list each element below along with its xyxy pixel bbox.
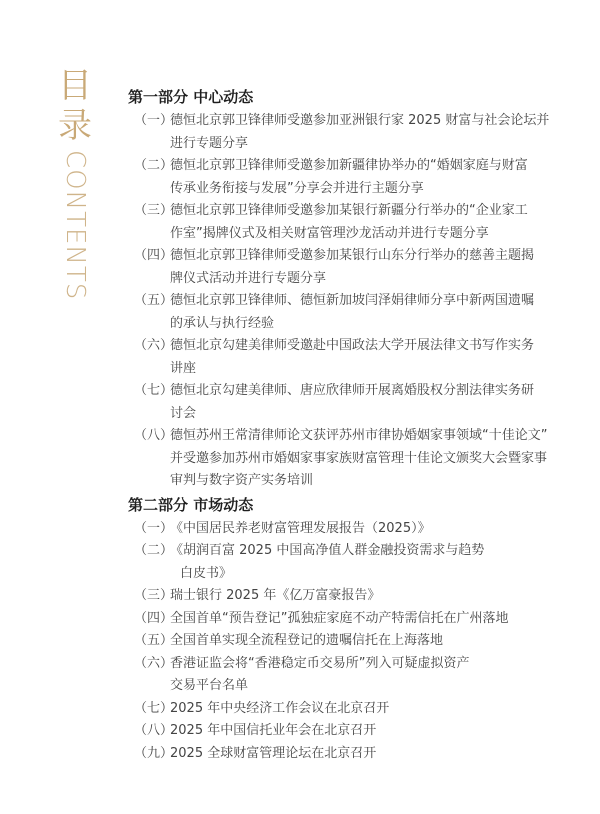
item-text: 的承认与执行经验 <box>170 313 568 336</box>
item-text: 讲座 <box>170 358 568 381</box>
item-number: （二） <box>128 155 170 200</box>
item-text: 德恒北京郭卫锋律师受邀参加某银行山东分行举办的慈善主题揭 <box>170 245 568 268</box>
toc-item[interactable]: （六） 德恒北京勾建美律师受邀赴中国政法大学开展法律文书写作实务讲座 <box>128 335 568 380</box>
toc-item[interactable]: （九） 2025 全球财富管理论坛在北京召开 <box>128 743 568 766</box>
item-number: （八） <box>128 425 170 493</box>
item-number: （五） <box>128 630 170 653</box>
item-text: 德恒北京勾建美律师、唐应欣律师开展离婚股权分割法律实务研 <box>170 380 568 403</box>
item-number: （三） <box>128 585 170 608</box>
item-text: 讨会 <box>170 403 568 426</box>
item-text: 白皮书》 <box>170 563 568 586</box>
item-text: 全国首单实现全流程登记的遗嘱信托在上海落地 <box>170 630 568 653</box>
toc-item[interactable]: （三） 德恒北京郭卫锋律师受邀参加某银行新疆分行举办的“企业家工作室”揭牌仪式及… <box>128 200 568 245</box>
item-text: 2025 年中央经济工作会议在北京召开 <box>170 698 568 721</box>
toc-item[interactable]: （五） 德恒北京郭卫锋律师、德恒新加坡闫泽娟律师分享中新两国遗嘱的承认与执行经验 <box>128 290 568 335</box>
toc-item[interactable]: （二） 《胡润百富 2025 中国高净值人群金融投资需求与趋势白皮书》 <box>128 540 568 585</box>
toc-item[interactable]: （四） 德恒北京郭卫锋律师受邀参加某银行山东分行举办的慈善主题揭牌仪式活动并进行… <box>128 245 568 290</box>
section-center-news: 第一部分 中心动态 （一） 德恒北京郭卫锋律师受邀参加亚洲银行家 2025 财富… <box>128 86 568 493</box>
toc-item[interactable]: （二） 德恒北京郭卫锋律师受邀参加新疆律协举办的“婚姻家庭与财富传承业务衔接与发… <box>128 155 568 200</box>
toc-item[interactable]: （六） 香港证监会将“香港稳定币交易所”列入可疑虚拟资产交易平台名单 <box>128 653 568 698</box>
table-of-contents: 第一部分 中心动态 （一） 德恒北京郭卫锋律师受邀参加亚洲银行家 2025 财富… <box>128 86 568 765</box>
item-number: （七） <box>128 698 170 721</box>
item-text: 牌仪式活动并进行专题分享 <box>170 268 568 291</box>
section-title: 第一部分 中心动态 <box>128 86 568 108</box>
item-number: （九） <box>128 743 170 766</box>
item-number: （七） <box>128 380 170 425</box>
item-text: 德恒北京郭卫锋律师受邀参加新疆律协举办的“婚姻家庭与财富 <box>170 155 568 178</box>
item-text: 作室”揭牌仪式及相关财富管理沙龙活动并进行专题分享 <box>170 223 568 246</box>
toc-item[interactable]: （四） 全国首单“预告登记”孤独症家庭不动产特需信托在广州落地 <box>128 608 568 631</box>
item-number: （四） <box>128 245 170 290</box>
section-title: 第二部分 市场动态 <box>128 494 568 516</box>
item-text: 进行专题分享 <box>170 133 568 156</box>
contents-side-title: 目 录 CONTENTS <box>55 66 95 300</box>
item-text: 香港证监会将“香港稳定币交易所”列入可疑虚拟资产 <box>170 653 568 676</box>
item-number: （八） <box>128 720 170 743</box>
item-number: （三） <box>128 200 170 245</box>
item-text: 2025 全球财富管理论坛在北京召开 <box>170 743 568 766</box>
item-text: 德恒北京郭卫锋律师受邀参加亚洲银行家 2025 财富与社会论坛并 <box>170 110 568 133</box>
item-number: （二） <box>128 540 170 585</box>
item-text: 瑞士银行 2025 年《亿万富豪报告》 <box>170 585 568 608</box>
item-text: 德恒苏州王常清律师论文获评苏州市律协婚姻家事领域“十佳论文” <box>170 425 568 448</box>
item-text: 审判与数字资产实务培训 <box>170 470 568 493</box>
toc-item[interactable]: （八） 德恒苏州王常清律师论文获评苏州市律协婚姻家事领域“十佳论文”并受邀参加苏… <box>128 425 568 493</box>
item-text: 传承业务衔接与发展”分享会并进行主题分享 <box>170 178 568 201</box>
item-text: 德恒北京郭卫锋律师受邀参加某银行新疆分行举办的“企业家工 <box>170 200 568 223</box>
item-text: 《中国居民养老财富管理发展报告（2025）》 <box>170 518 568 541</box>
item-text: 全国首单“预告登记”孤独症家庭不动产特需信托在广州落地 <box>170 608 568 631</box>
toc-item[interactable]: （八） 2025 年中国信托业年会在北京召开 <box>128 720 568 743</box>
item-number: （一） <box>128 110 170 155</box>
item-number: （六） <box>128 653 170 698</box>
toc-item[interactable]: （一） 德恒北京郭卫锋律师受邀参加亚洲银行家 2025 财富与社会论坛并进行专题… <box>128 110 568 155</box>
toc-item[interactable]: （七） 德恒北京勾建美律师、唐应欣律师开展离婚股权分割法律实务研讨会 <box>128 380 568 425</box>
side-title-char-1: 目 <box>58 66 92 106</box>
item-text: 交易平台名单 <box>170 675 568 698</box>
side-title-en: CONTENTS <box>60 150 90 300</box>
item-number: （四） <box>128 608 170 631</box>
item-number: （一） <box>128 518 170 541</box>
item-text: 德恒北京郭卫锋律师、德恒新加坡闫泽娟律师分享中新两国遗嘱 <box>170 290 568 313</box>
item-text: 德恒北京勾建美律师受邀赴中国政法大学开展法律文书写作实务 <box>170 335 568 358</box>
item-number: （五） <box>128 290 170 335</box>
toc-item[interactable]: （一） 《中国居民养老财富管理发展报告（2025）》 <box>128 518 568 541</box>
section-market-news: 第二部分 市场动态 （一） 《中国居民养老财富管理发展报告（2025）》 （二）… <box>128 494 568 766</box>
item-text: 《胡润百富 2025 中国高净值人群金融投资需求与趋势 <box>170 540 568 563</box>
side-title-char-2: 录 <box>58 106 92 146</box>
item-text: 并受邀参加苏州市婚姻家事家族财富管理十佳论文颁奖大会暨家事 <box>170 448 568 471</box>
item-text: 2025 年中国信托业年会在北京召开 <box>170 720 568 743</box>
toc-item[interactable]: （七） 2025 年中央经济工作会议在北京召开 <box>128 698 568 721</box>
toc-item[interactable]: （三） 瑞士银行 2025 年《亿万富豪报告》 <box>128 585 568 608</box>
item-number: （六） <box>128 335 170 380</box>
toc-item[interactable]: （五） 全国首单实现全流程登记的遗嘱信托在上海落地 <box>128 630 568 653</box>
